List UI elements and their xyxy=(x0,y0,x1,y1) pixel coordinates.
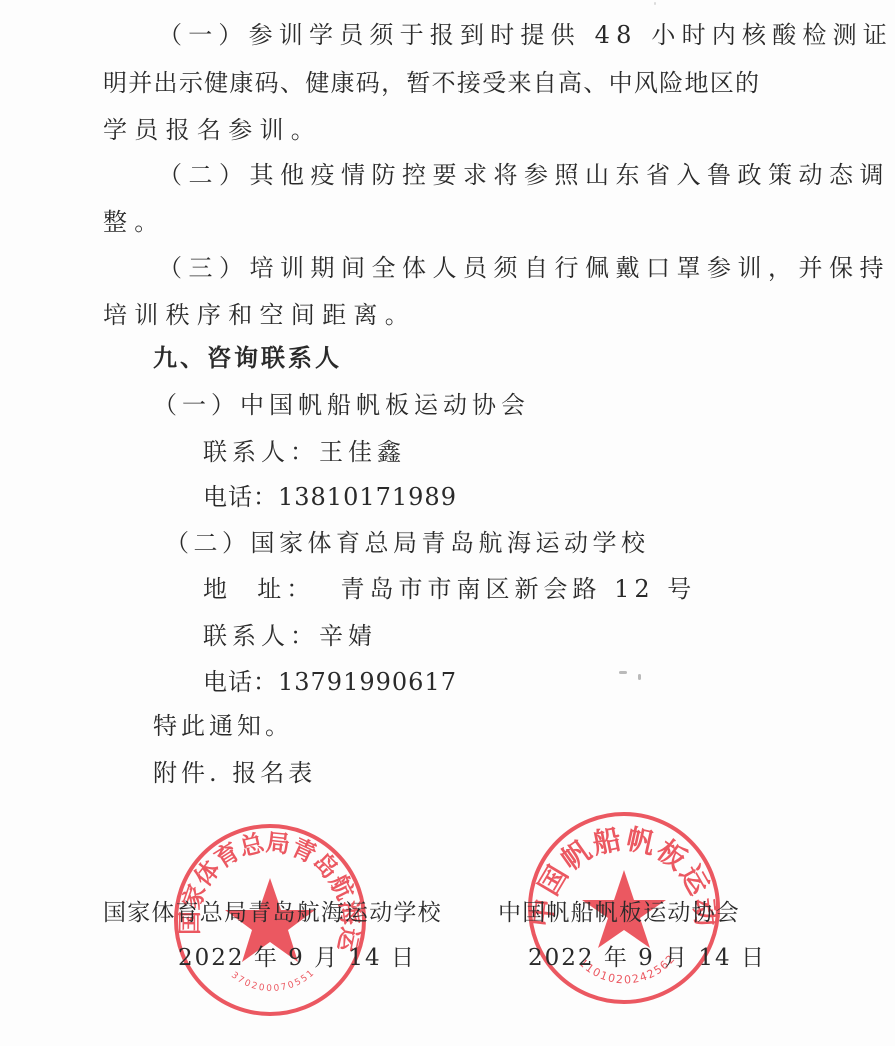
signature-date-1: 2022 年 9 月 14 日 xyxy=(178,943,416,973)
attachment-text: 附件. 报名表 xyxy=(153,758,316,788)
item3-line1: （三）培训期间全体人员须自行佩戴口罩参训，并保持 xyxy=(158,253,890,283)
contact1-org: （一）中国帆船帆板运动协会 xyxy=(153,390,530,420)
section-9-heading: 九、咨询联系人 xyxy=(153,343,342,373)
contact1-person: 联系人：王佳鑫 xyxy=(203,437,406,467)
contact2-org: （二）国家体育总局青岛航海运动学校 xyxy=(165,528,650,558)
signature-org-1: 国家体育总局青岛航海运动学校 xyxy=(103,898,442,928)
contact1-phone: 电话：13810171989 xyxy=(203,482,457,512)
item2-line1: （二）其他疫情防控要求将参照山东省入鲁政策动态调 xyxy=(158,160,890,190)
item1-line1: （一）参训学员须于报到时提供 48 小时内核酸检测证 xyxy=(158,20,893,50)
scan-speck xyxy=(619,671,627,674)
item1-line2: 明并出示健康码、健康码，暂不接受来自高、中风险地区的 xyxy=(103,68,759,98)
contact2-address: 地 址： 青岛市市南区新会路 12 号 xyxy=(203,574,696,604)
scan-speck xyxy=(638,674,641,680)
document-page: （一）参训学员须于报到时提供 48 小时内核酸检测证 明并出示健康码、健康码，暂… xyxy=(0,0,895,1046)
item1-line3: 学员报名参训。 xyxy=(103,115,322,145)
signature-date-2: 2022 年 9 月 14 日 xyxy=(528,943,766,973)
closing-text: 特此通知。 xyxy=(153,711,293,741)
item3-line2: 培训秩序和空间距离。 xyxy=(103,300,416,330)
signature-org-2: 中国帆船帆板运动协会 xyxy=(498,898,740,928)
item2-line2: 整。 xyxy=(103,207,166,237)
scan-speck xyxy=(654,2,656,5)
contact2-person: 联系人：辛婧 xyxy=(203,621,377,651)
contact2-phone: 电话：13791990617 xyxy=(203,667,457,697)
